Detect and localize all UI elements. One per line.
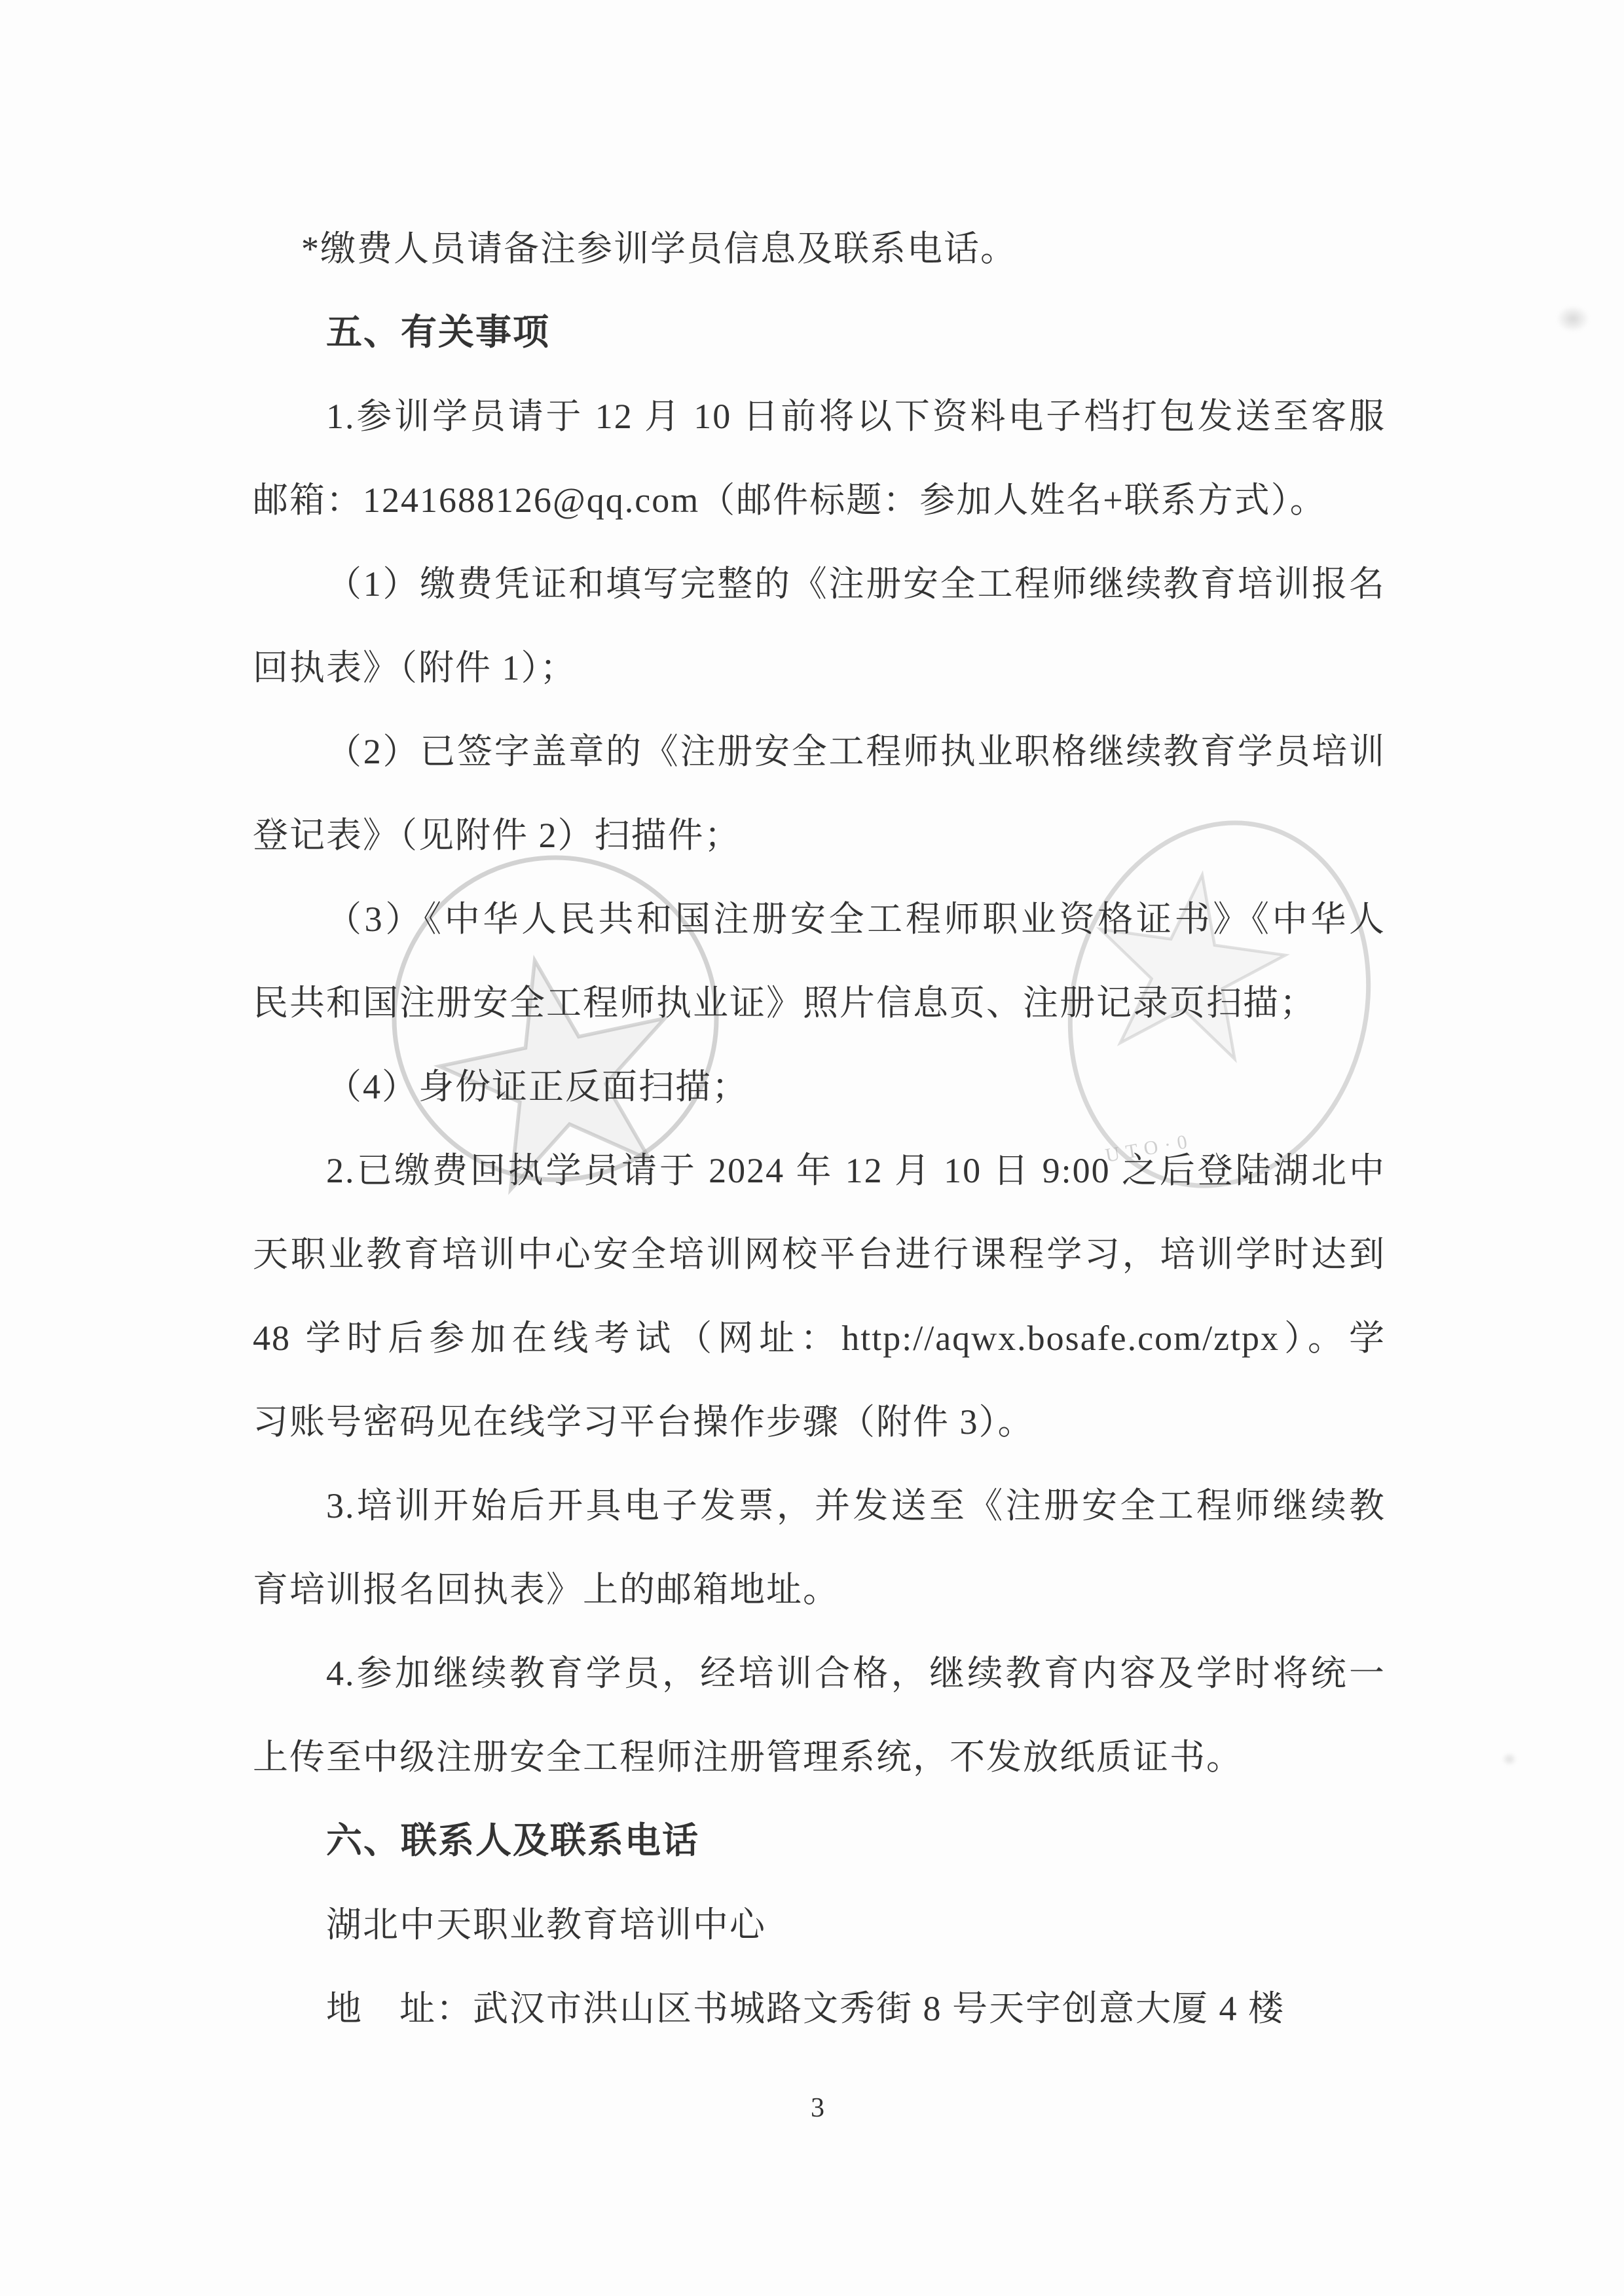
scan-artifact <box>1498 1749 1521 1769</box>
item4-line1: 4.参加继续教育学员，经培训合格，继续教育内容及学时将统一 <box>253 1631 1386 1715</box>
section-heading-six: 六、联系人及联系电话 <box>253 1799 1386 1883</box>
sub-item-3-line1: （3）《中华人民共和国注册安全工程师职业资格证书》《中华人 <box>253 877 1386 961</box>
contact-address: 地 址：武汉市洪山区书城路文秀街 8 号天宇创意大厦 4 楼 <box>253 1967 1386 2050</box>
sub-item-2-line1: （2）已签字盖章的《注册安全工程师执业职格继续教育学员培训 <box>253 710 1386 793</box>
note-payment-remark: *缴费人员请备注参训学员信息及联系电话。 <box>253 207 1386 291</box>
section-heading-five: 五、有关事项 <box>253 291 1386 374</box>
item4-line2: 上传至中级注册安全工程师注册管理系统，不发放纸质证书。 <box>253 1715 1386 1799</box>
scan-artifact <box>1549 300 1596 338</box>
page-number: 3 <box>811 2092 850 2124</box>
item2-line4: 习账号密码见在线学习平台操作步骤（附件 3）。 <box>253 1380 1386 1464</box>
item1-line1: 1.参训学员请于 12 月 10 日前将以下资料电子档打包发送至客服 <box>253 374 1386 458</box>
item3-line1: 3.培训开始后开具电子发票，并发送至《注册安全工程师继续教 <box>253 1464 1386 1548</box>
sub-item-3-line2: 民共和国注册安全工程师执业证》照片信息页、注册记录页扫描； <box>253 961 1386 1045</box>
item1-line2-email: 邮箱：1241688126@qq.com（邮件标题：参加人姓名+联系方式）。 <box>253 458 1386 542</box>
item2-line3-url: 48 学时后参加在线考试（网址：http://aqwx.bosafe.com/z… <box>253 1296 1386 1380</box>
sub-item-1-line2: 回执表》（附件 1）； <box>253 626 1386 710</box>
sub-item-2-line2: 登记表》（见附件 2）扫描件； <box>253 793 1386 877</box>
document-page: UTO·0 *缴费人员请备注参训学员信息及联系电话。 五、有关事项 1.参训学员… <box>0 0 1624 2296</box>
document-body: *缴费人员请备注参训学员信息及联系电话。 五、有关事项 1.参训学员请于 12 … <box>253 207 1386 2050</box>
sub-item-1-line1: （1）缴费凭证和填写完整的《注册安全工程师继续教育培训报名 <box>253 542 1386 626</box>
item2-line1: 2.已缴费回执学员请于 2024 年 12 月 10 日 9:00 之后登陆湖北… <box>253 1129 1386 1212</box>
item3-line2: 育培训报名回执表》上的邮箱地址。 <box>253 1548 1386 1631</box>
contact-org-name: 湖北中天职业教育培训中心 <box>253 1883 1386 1967</box>
item2-line2: 天职业教育培训中心安全培训网校平台进行课程学习，培训学时达到 <box>253 1212 1386 1296</box>
sub-item-4: （4）身份证正反面扫描； <box>253 1045 1386 1129</box>
